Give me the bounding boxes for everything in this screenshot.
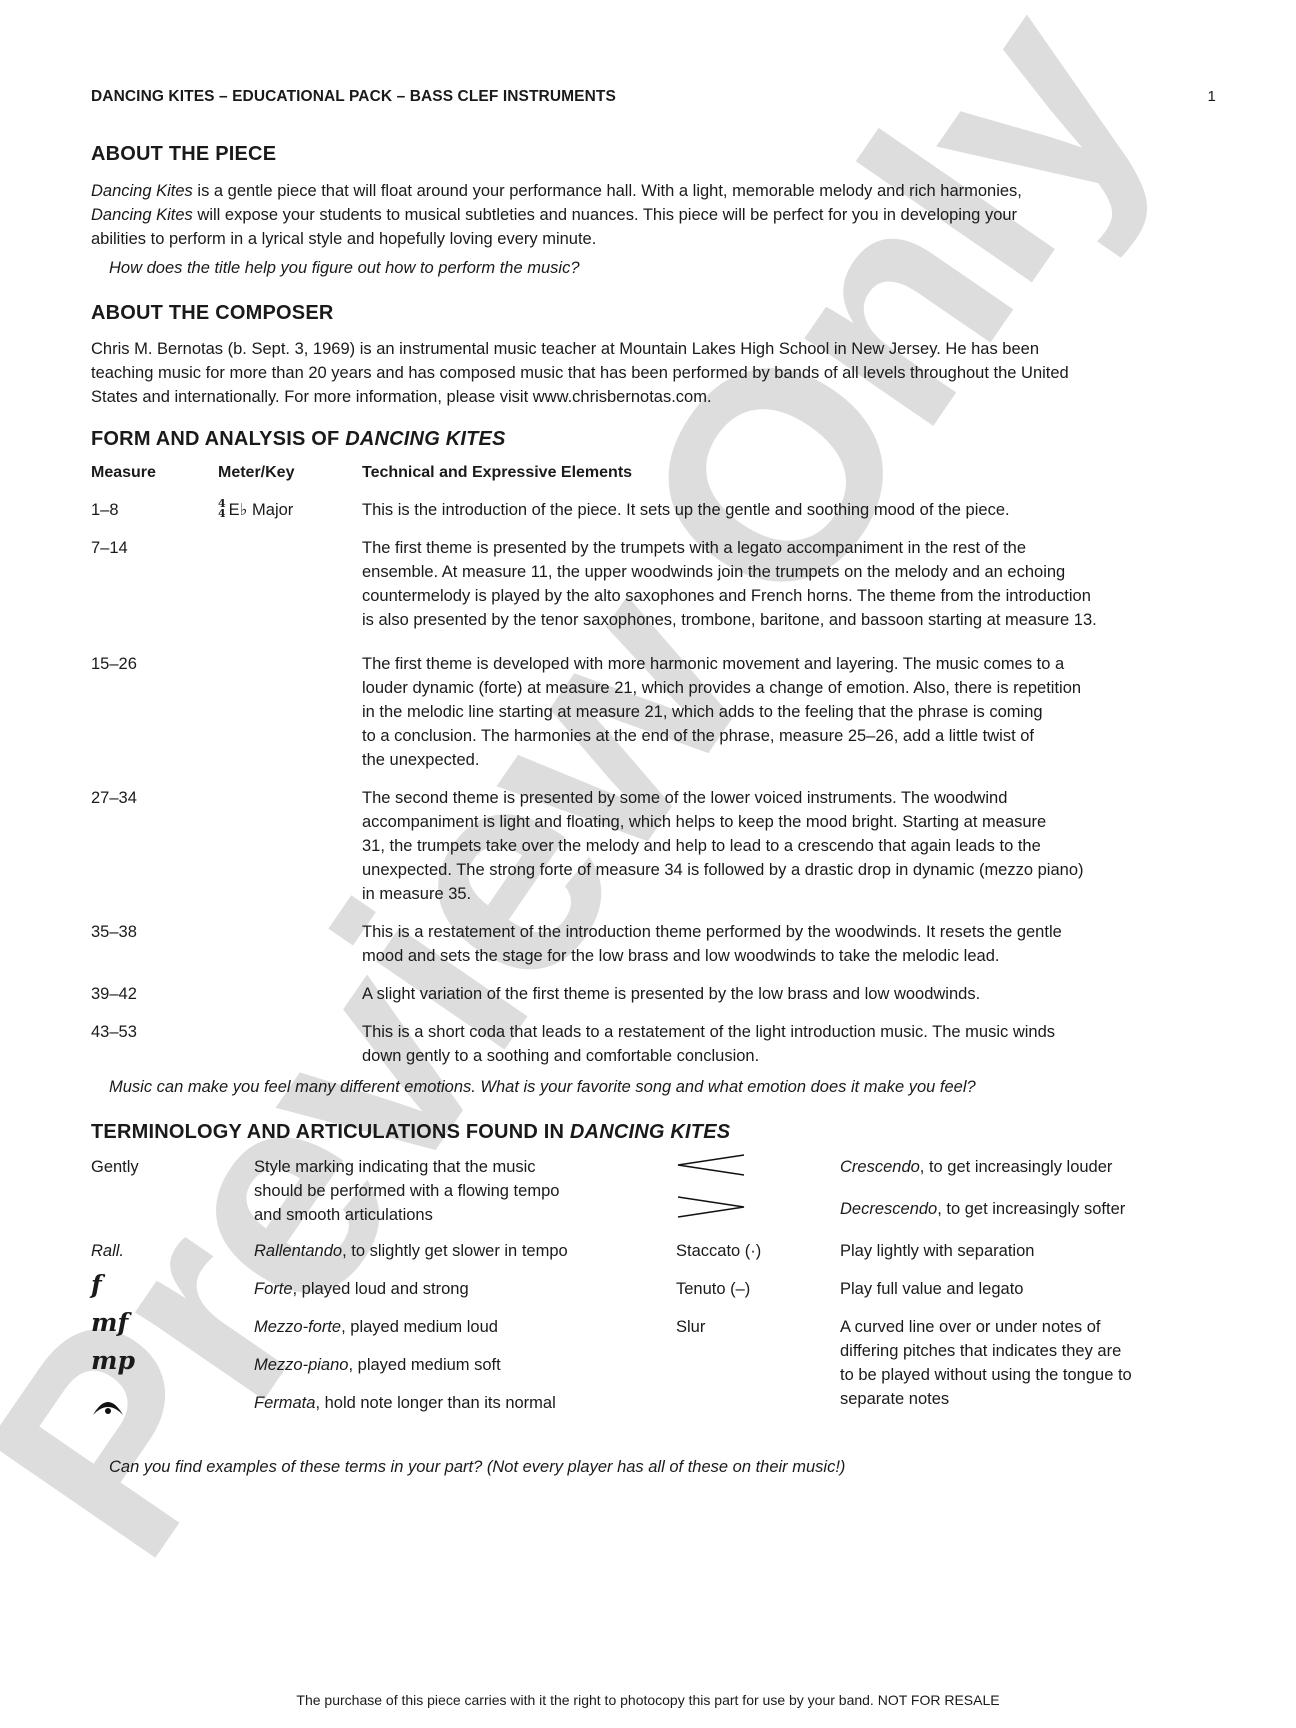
text: will expose your students to musical sub…: [193, 206, 1017, 224]
text: Chris M. Bernotas (b. Sept. 3, 1969) is …: [91, 337, 1221, 361]
about-piece-text: Dancing Kites is a gentle piece that wil…: [91, 179, 1221, 251]
column-header-elements: Technical and Expressive Elements: [362, 464, 632, 482]
right-definition: Play lightly with separation: [840, 1239, 1034, 1263]
measure-cell: 43–53: [91, 1020, 137, 1044]
heading-text: TERMINOLOGY AND ARTICULATIONS FOUND IN: [91, 1121, 570, 1143]
right-definition: A curved line over or under notes ofdiff…: [840, 1315, 1132, 1411]
time-signature-icon: 44: [218, 499, 226, 519]
elements-cell: The first theme is presented by the trum…: [362, 536, 1222, 632]
footer-notice: The purchase of this piece carries with …: [0, 1692, 1296, 1708]
elements-cell: The second theme is presented by some of…: [362, 786, 1222, 906]
fermata-icon: [91, 1395, 125, 1417]
measure-cell: 39–42: [91, 982, 137, 1006]
meter-key-cell: 44E♭ Major: [218, 498, 293, 522]
elements-cell: The first theme is developed with more h…: [362, 652, 1222, 772]
about-piece-question: How does the title help you figure out h…: [109, 259, 580, 278]
heading-italic: DANCING KITES: [570, 1121, 730, 1143]
right-term: Slur: [676, 1315, 705, 1339]
measure-cell: 7–14: [91, 536, 128, 560]
document-page: Preview Only DANCING KITES – EDUCATIONAL…: [0, 0, 1296, 1728]
crescendo-icon: [676, 1153, 746, 1177]
running-header: DANCING KITES – EDUCATIONAL PACK – BASS …: [91, 88, 1216, 106]
measure-cell: 35–38: [91, 920, 137, 944]
right-term: [676, 1195, 746, 1226]
dynamic-f-icon: f: [91, 1273, 102, 1297]
about-composer-text: Chris M. Bernotas (b. Sept. 3, 1969) is …: [91, 337, 1221, 409]
right-definition: Play full value and legato: [840, 1277, 1023, 1301]
right-term: Staccato (·): [676, 1239, 761, 1263]
decrescendo-icon: [676, 1195, 746, 1219]
left-term: Rall.: [91, 1239, 124, 1263]
about-piece-heading: ABOUT THE PIECE: [91, 143, 276, 166]
title-italic: Dancing Kites: [91, 206, 193, 224]
header-title: DANCING KITES – EDUCATIONAL PACK – BASS …: [91, 88, 616, 105]
text: States and internationally. For more inf…: [91, 385, 1221, 409]
left-definition: Fermata, hold note longer than its norma…: [254, 1391, 556, 1415]
text: teaching music for more than 20 years an…: [91, 361, 1221, 385]
terminology-heading: TERMINOLOGY AND ARTICULATIONS FOUND IN D…: [91, 1121, 730, 1144]
dynamic-mf-icon: mf: [91, 1311, 128, 1335]
right-definition: Decrescendo, to get increasingly softer: [840, 1197, 1125, 1221]
column-header-meter-key: Meter/Key: [218, 464, 294, 482]
elements-cell: This is the introduction of the piece. I…: [362, 498, 1222, 522]
elements-cell: This is a short coda that leads to a res…: [362, 1020, 1222, 1068]
right-term: [676, 1153, 746, 1184]
left-term: [91, 1395, 125, 1424]
heading-text: FORM AND ANALYSIS OF: [91, 428, 345, 450]
title-italic: Dancing Kites: [91, 182, 193, 200]
text: is a gentle piece that will float around…: [193, 182, 1022, 200]
left-definition: Mezzo-forte, played medium loud: [254, 1315, 498, 1339]
text: abilities to perform in a lyrical style …: [91, 227, 1221, 251]
terminology-question: Can you find examples of these terms in …: [109, 1458, 845, 1477]
measure-cell: 15–26: [91, 652, 137, 676]
left-term: Gently: [91, 1155, 139, 1179]
left-definition: Forte, played loud and strong: [254, 1277, 469, 1301]
form-analysis-question: Music can make you feel many different e…: [109, 1078, 976, 1097]
heading-italic: DANCING KITES: [345, 428, 505, 450]
left-definition: Mezzo-piano, played medium soft: [254, 1353, 501, 1377]
dynamic-mp-icon: mp: [91, 1349, 135, 1373]
about-composer-heading: ABOUT THE COMPOSER: [91, 302, 334, 325]
page-number: 1: [1208, 88, 1216, 105]
elements-cell: This is a restatement of the introductio…: [362, 920, 1222, 968]
form-analysis-heading: FORM AND ANALYSIS OF DANCING KITES: [91, 428, 506, 451]
elements-cell: A slight variation of the first theme is…: [362, 982, 1222, 1006]
left-definition: Rallentando, to slightly get slower in t…: [254, 1239, 568, 1263]
right-definition: Crescendo, to get increasingly louder: [840, 1155, 1112, 1179]
column-header-measure: Measure: [91, 464, 156, 482]
right-term: Tenuto (–): [676, 1277, 750, 1301]
left-definition: Style marking indicating that the musics…: [254, 1155, 559, 1227]
measure-cell: 1–8: [91, 498, 119, 522]
measure-cell: 27–34: [91, 786, 137, 810]
